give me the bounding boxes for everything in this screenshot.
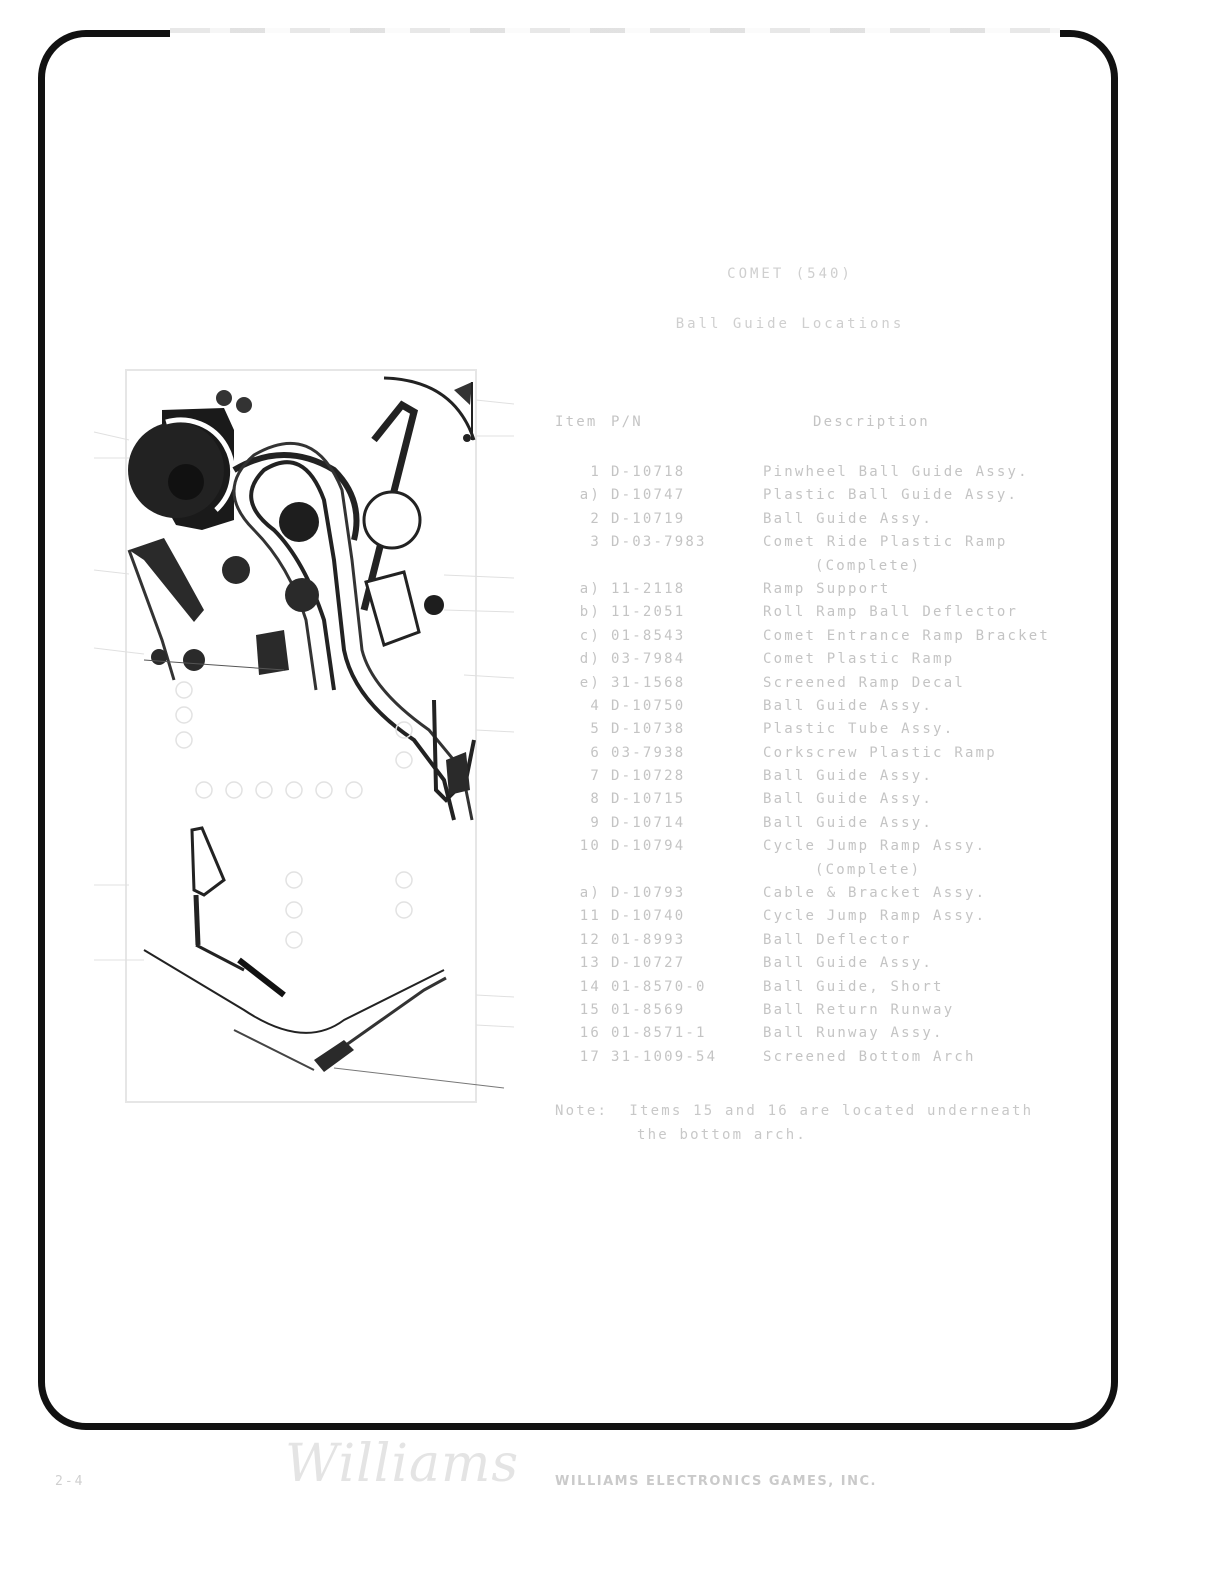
part-number: 03-7984 bbox=[611, 651, 763, 674]
part-number: 31-1009-54 bbox=[611, 1049, 763, 1072]
item-number: 6 bbox=[555, 745, 611, 768]
item-number: a) bbox=[555, 885, 611, 908]
table-row: 603-7938Corkscrew Plastic Ramp bbox=[555, 745, 1155, 768]
notes: Note: Items 15 and 16 are located undern… bbox=[555, 1103, 1033, 1151]
part-number: D-10727 bbox=[611, 955, 763, 978]
item-number: 13 bbox=[555, 955, 611, 978]
table-row: (Complete) bbox=[555, 558, 1155, 581]
part-number: 11-2118 bbox=[611, 581, 763, 604]
table-row: 3D-03-7983Comet Ride Plastic Ramp bbox=[555, 534, 1155, 557]
company-name: WILLIAMS ELECTRONICS GAMES, INC. bbox=[555, 1474, 877, 1489]
note-line-1: Note: Items 15 and 16 are located undern… bbox=[555, 1103, 1033, 1127]
parts-table-header: Item P/N Description bbox=[555, 414, 1155, 438]
table-row: b)11-2051Roll Ramp Ball Deflector bbox=[555, 604, 1155, 627]
table-row: 1201-8993Ball Deflector bbox=[555, 932, 1155, 955]
part-number: 03-7938 bbox=[611, 745, 763, 768]
table-row: 1D-10718Pinwheel Ball Guide Assy. bbox=[555, 464, 1155, 487]
table-row: 8D-10715Ball Guide Assy. bbox=[555, 791, 1155, 814]
part-description: Ball Runway Assy. bbox=[763, 1025, 1103, 1048]
table-row: a)11-2118Ramp Support bbox=[555, 581, 1155, 604]
note-line-2: the bottom arch. bbox=[555, 1127, 1033, 1151]
part-description: Comet Ride Plastic Ramp bbox=[763, 534, 1103, 557]
part-number: D-10793 bbox=[611, 885, 763, 908]
item-number: 4 bbox=[555, 698, 611, 721]
part-number: D-03-7983 bbox=[611, 534, 763, 557]
part-number: 01-8993 bbox=[611, 932, 763, 955]
part-number bbox=[611, 558, 763, 581]
item-number: 7 bbox=[555, 768, 611, 791]
item-number: 17 bbox=[555, 1049, 611, 1072]
part-number: 31-1568 bbox=[611, 675, 763, 698]
header-item: Item bbox=[555, 414, 611, 438]
part-number: D-10728 bbox=[611, 768, 763, 791]
item-number: 9 bbox=[555, 815, 611, 838]
header-description: Description bbox=[763, 414, 1153, 438]
part-description: Plastic Ball Guide Assy. bbox=[763, 487, 1103, 510]
part-number: 01-8570-0 bbox=[611, 979, 763, 1002]
table-row: 2D-10719Ball Guide Assy. bbox=[555, 511, 1155, 534]
part-description: Comet Plastic Ramp bbox=[763, 651, 1103, 674]
parts-table-body: 1D-10718Pinwheel Ball Guide Assy.a)D-107… bbox=[555, 464, 1155, 1072]
part-description: Screened Ramp Decal bbox=[763, 675, 1103, 698]
part-description: Screened Bottom Arch bbox=[763, 1049, 1103, 1072]
playfield-diagram bbox=[84, 360, 534, 1110]
table-row: 1401-8570-0Ball Guide, Short bbox=[555, 979, 1155, 1002]
item-number bbox=[555, 558, 611, 581]
item-number: a) bbox=[555, 581, 611, 604]
table-row: e)31-1568Screened Ramp Decal bbox=[555, 675, 1155, 698]
part-number bbox=[611, 862, 763, 885]
item-number: b) bbox=[555, 604, 611, 627]
item-number: 8 bbox=[555, 791, 611, 814]
part-description: Cycle Jump Ramp Assy. bbox=[763, 838, 1103, 861]
table-row: 1601-8571-1Ball Runway Assy. bbox=[555, 1025, 1155, 1048]
part-description: (Complete) bbox=[763, 558, 1155, 581]
item-number bbox=[555, 862, 611, 885]
part-number: D-10750 bbox=[611, 698, 763, 721]
item-number: c) bbox=[555, 628, 611, 651]
item-number: 5 bbox=[555, 721, 611, 744]
williams-logo: Williams bbox=[285, 1434, 519, 1494]
table-row: 7D-10728Ball Guide Assy. bbox=[555, 768, 1155, 791]
part-number: 01-8569 bbox=[611, 1002, 763, 1025]
part-description: Ball Guide Assy. bbox=[763, 511, 1103, 534]
parts-table: Item P/N Description 1D-10718Pinwheel Ba… bbox=[555, 414, 1155, 1072]
table-row: 11D-10740Cycle Jump Ramp Assy. bbox=[555, 908, 1155, 931]
table-row: 13D-10727Ball Guide Assy. bbox=[555, 955, 1155, 978]
frame-top-fade bbox=[170, 24, 1060, 38]
table-row: 10D-10794Cycle Jump Ramp Assy. bbox=[555, 838, 1155, 861]
part-description: Ball Guide Assy. bbox=[763, 791, 1103, 814]
item-number: 11 bbox=[555, 908, 611, 931]
header-part-number: P/N bbox=[611, 414, 763, 438]
item-number: 15 bbox=[555, 1002, 611, 1025]
table-row: 1501-8569Ball Return Runway bbox=[555, 1002, 1155, 1025]
part-description: (Complete) bbox=[763, 862, 1155, 885]
item-number: 2 bbox=[555, 511, 611, 534]
table-row: 9D-10714Ball Guide Assy. bbox=[555, 815, 1155, 838]
table-row: 5D-10738Plastic Tube Assy. bbox=[555, 721, 1155, 744]
part-description: Cycle Jump Ramp Assy. bbox=[763, 908, 1103, 931]
table-row: a)D-10747Plastic Ball Guide Assy. bbox=[555, 487, 1155, 510]
item-number: e) bbox=[555, 675, 611, 698]
part-number: 11-2051 bbox=[611, 604, 763, 627]
part-description: Ball Guide Assy. bbox=[763, 955, 1103, 978]
part-description: Pinwheel Ball Guide Assy. bbox=[763, 464, 1103, 487]
table-row: d)03-7984Comet Plastic Ramp bbox=[555, 651, 1155, 674]
part-description: Ball Guide Assy. bbox=[763, 698, 1103, 721]
part-number: D-10718 bbox=[611, 464, 763, 487]
part-number: D-10747 bbox=[611, 487, 763, 510]
document-title: COMET (540) bbox=[0, 266, 1230, 282]
part-description: Ball Guide Assy. bbox=[763, 768, 1103, 791]
part-description: Comet Entrance Ramp Bracket bbox=[763, 628, 1103, 651]
table-row: c)01-8543Comet Entrance Ramp Bracket bbox=[555, 628, 1155, 651]
table-row: 4D-10750Ball Guide Assy. bbox=[555, 698, 1155, 721]
item-number: 1 bbox=[555, 464, 611, 487]
item-number: d) bbox=[555, 651, 611, 674]
item-number: 16 bbox=[555, 1025, 611, 1048]
part-description: Cable & Bracket Assy. bbox=[763, 885, 1103, 908]
part-number: 01-8571-1 bbox=[611, 1025, 763, 1048]
part-description: Ball Return Runway bbox=[763, 1002, 1103, 1025]
table-row: (Complete) bbox=[555, 862, 1155, 885]
playfield-drawing bbox=[84, 360, 534, 1110]
table-row: 1731-1009-54Screened Bottom Arch bbox=[555, 1049, 1155, 1072]
part-number: D-10740 bbox=[611, 908, 763, 931]
part-description: Ball Guide, Short bbox=[763, 979, 1103, 1002]
table-row: a)D-10793Cable & Bracket Assy. bbox=[555, 885, 1155, 908]
part-number: D-10719 bbox=[611, 511, 763, 534]
part-number: D-10794 bbox=[611, 838, 763, 861]
part-number: D-10714 bbox=[611, 815, 763, 838]
part-description: Corkscrew Plastic Ramp bbox=[763, 745, 1103, 768]
part-description: Ball Guide Assy. bbox=[763, 815, 1103, 838]
part-description: Ball Deflector bbox=[763, 932, 1103, 955]
part-number: D-10738 bbox=[611, 721, 763, 744]
part-description: Ramp Support bbox=[763, 581, 1103, 604]
part-number: 01-8543 bbox=[611, 628, 763, 651]
item-number: 14 bbox=[555, 979, 611, 1002]
part-description: Plastic Tube Assy. bbox=[763, 721, 1103, 744]
item-number: 10 bbox=[555, 838, 611, 861]
item-number: a) bbox=[555, 487, 611, 510]
part-number: D-10715 bbox=[611, 791, 763, 814]
item-number: 12 bbox=[555, 932, 611, 955]
part-description: Roll Ramp Ball Deflector bbox=[763, 604, 1103, 627]
item-number: 3 bbox=[555, 534, 611, 557]
page-number: 2-4 bbox=[55, 1474, 84, 1489]
document-subtitle: Ball Guide Locations bbox=[0, 316, 1230, 332]
